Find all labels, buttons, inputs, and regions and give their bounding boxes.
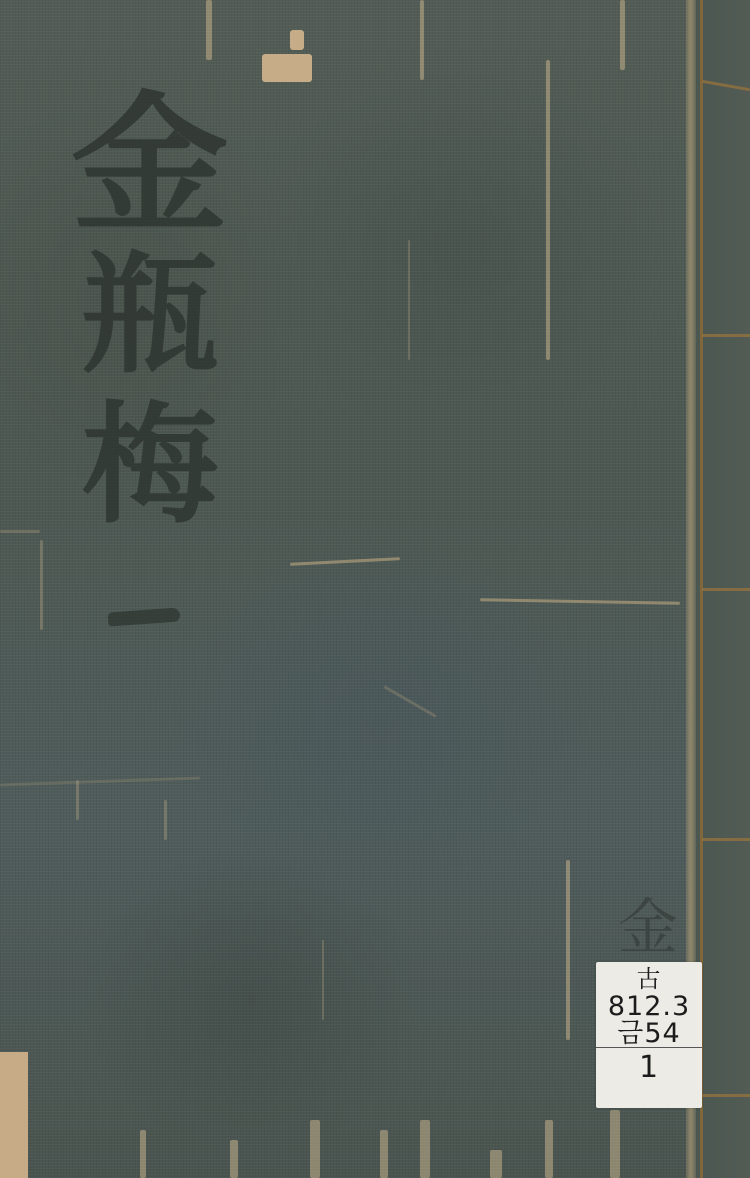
fabric-crack	[383, 685, 436, 718]
fabric-crack	[290, 557, 400, 566]
wear-streak	[164, 800, 167, 840]
label-classification: 812.3	[608, 993, 690, 1020]
fabric-crack	[0, 777, 200, 787]
book-cover: 金 瓶 梅 金 古 812.3 금54 1	[0, 0, 750, 1178]
spine-ink-mark: 金	[618, 880, 678, 966]
frayed-edge	[230, 1140, 238, 1178]
binding-stitch	[702, 1094, 750, 1097]
frayed-edge	[140, 1130, 146, 1178]
wear-streak	[76, 780, 79, 820]
fabric-crack	[480, 598, 680, 604]
frayed-edge	[545, 1120, 553, 1178]
wear-streak	[420, 0, 424, 80]
title-char: 瓶	[82, 240, 219, 390]
frayed-edge	[310, 1120, 320, 1178]
title-char: 金	[71, 90, 229, 240]
wear-streak	[40, 540, 43, 630]
frayed-edge	[380, 1130, 388, 1178]
label-author-mark: 금54	[596, 1020, 702, 1048]
worn-corner	[0, 1052, 28, 1178]
binding-stitch	[702, 838, 750, 841]
worn-patch	[262, 54, 312, 82]
frayed-edge	[610, 1110, 620, 1178]
label-volume: 1	[639, 1054, 659, 1081]
worn-patch	[290, 30, 304, 50]
volume-mark	[108, 608, 181, 627]
binding-stitch	[702, 588, 750, 591]
wear-streak	[322, 940, 324, 1020]
binding-stitch	[702, 334, 750, 337]
frayed-edge	[420, 1120, 430, 1178]
wear-streak	[546, 60, 550, 360]
label-collection: 古	[637, 966, 662, 993]
fabric-crack	[0, 530, 40, 533]
call-number-label: 古 812.3 금54 1	[596, 962, 702, 1108]
cover-title: 金 瓶 梅	[60, 90, 240, 540]
frayed-edge	[490, 1150, 502, 1178]
wear-streak	[566, 860, 570, 1040]
wear-streak	[206, 0, 212, 60]
wear-streak	[620, 0, 625, 70]
title-char: 梅	[82, 390, 219, 540]
wear-streak	[408, 240, 410, 360]
